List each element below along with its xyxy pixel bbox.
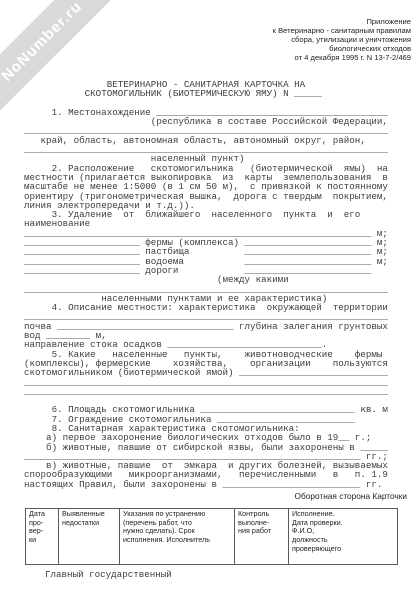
annex-header-note: Приложение к Ветеринарно - санитарным пр…: [273, 17, 411, 62]
annex-note-line: к Ветеринарно - санитарным правилам: [273, 26, 411, 35]
document-page: NoNumber.ru Приложение к Ветеринарно - с…: [0, 0, 420, 600]
col-header-found-defects: Выявленные недостатки: [59, 509, 120, 565]
annex-note-line: сбора, утилизации и уничтожения: [273, 35, 411, 44]
col-header-check-date: Дата про- вер- ки: [26, 509, 59, 565]
form-body-text: ВЕТЕРИНАРНО - САНИТАРНАЯ КАРТОЧКА НА СКО…: [24, 80, 388, 489]
annex-note-line: от 4 декабря 1995 г. N 13-7-2/469: [273, 53, 411, 62]
footer-signature-line: Главный государственный: [45, 569, 172, 580]
col-header-execution: Исполнение. Дата проверки. Ф.И.О, должно…: [289, 509, 398, 565]
col-header-remediation-instructions: Указания по устранению (перечень работ, …: [120, 509, 235, 565]
annex-note-line: биологических отходов: [273, 44, 411, 53]
reverse-side-label: Оборотная сторона Карточки: [295, 491, 407, 501]
inspection-log-table: Дата про- вер- ки Выявленные недостатки …: [25, 508, 398, 565]
annex-note-line: Приложение: [273, 17, 411, 26]
watermark-text: NoNumber.ru: [0, 0, 85, 84]
col-header-work-control: Контроль выполне- ния работ: [235, 509, 289, 565]
table-header-row: Дата про- вер- ки Выявленные недостатки …: [26, 509, 398, 565]
